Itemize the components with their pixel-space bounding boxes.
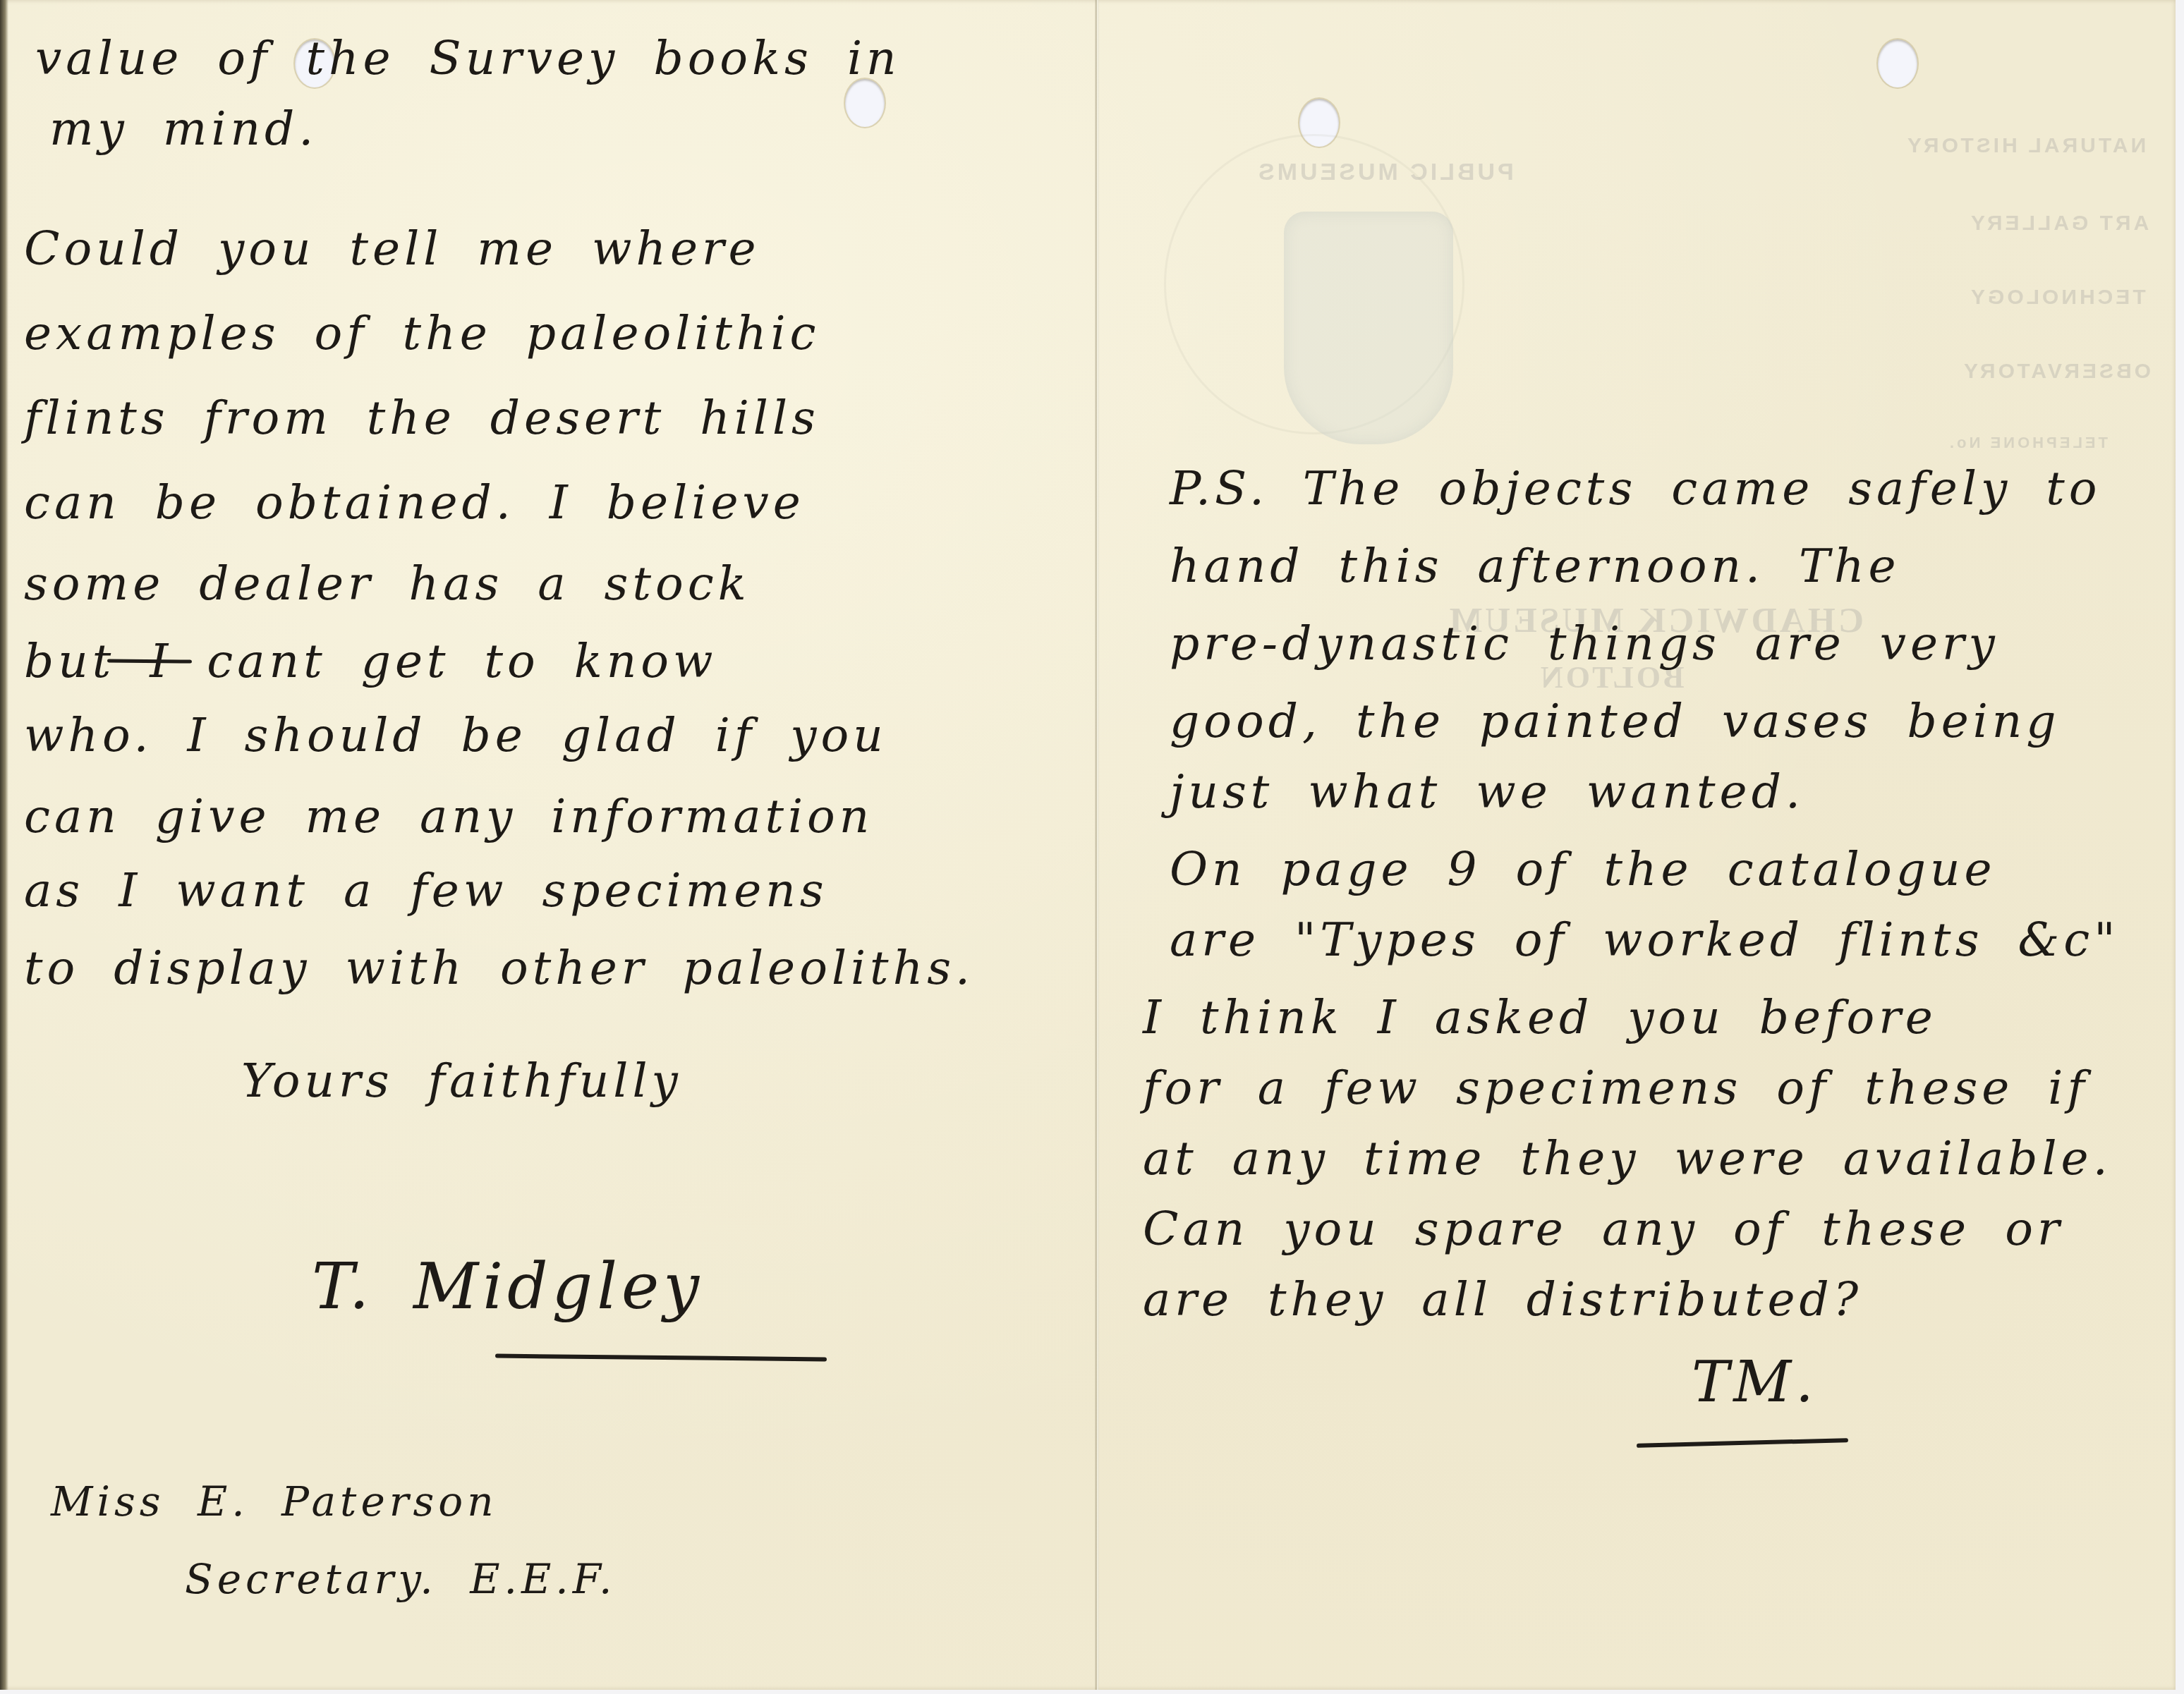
- letter-line: can be obtained. I believe: [24, 480, 805, 526]
- postscript-line: at any time they were available.: [1143, 1135, 2112, 1182]
- initials-signature: TM.: [1692, 1354, 1818, 1410]
- postscript-line: pre-dynastic things are very: [1170, 621, 1999, 667]
- signature-underline: [495, 1354, 827, 1362]
- postscript-line: P.S. The objects came safely to: [1170, 465, 2101, 512]
- postscript-line: On page 9 of the catalogue: [1170, 846, 1996, 893]
- postscript-line: hand this afternoon. The: [1170, 543, 1900, 590]
- postscript-line: I think I asked you before: [1143, 994, 1937, 1041]
- scan-edge-shadow: [0, 0, 8, 1690]
- postscript-line: are they all distributed?: [1143, 1276, 1862, 1323]
- left-page: value of the Survey books in my mind. Co…: [8, 0, 1095, 1690]
- right-page: P.S. The objects came safely to hand thi…: [1099, 0, 2176, 1690]
- letter-line: who. I should be glad if you: [24, 712, 887, 759]
- postscript-line: Can you spare any of these or: [1143, 1206, 2063, 1253]
- postscript-line: are "Types of worked flints &c": [1170, 917, 2120, 963]
- letter-line: some dealer has a stock: [24, 561, 751, 607]
- addressee-title: Secretary. E.E.F.: [185, 1559, 616, 1599]
- letter-line: as I want a few specimens: [24, 867, 828, 914]
- letter-line: Could you tell me where: [24, 226, 760, 272]
- postscript-line: good, the painted vases being: [1170, 698, 2061, 745]
- letter-sheet: PUBLIC MUSEUMS NATURAL HISTORY ART GALLE…: [0, 0, 2176, 1690]
- letter-line: flints from the desert hills: [24, 395, 820, 441]
- postscript-line: just what we wanted.: [1170, 769, 1804, 815]
- letter-line: can give me any information: [24, 793, 873, 840]
- closing-salutation: Yours faithfully: [241, 1058, 682, 1104]
- signature: T. Midgley: [312, 1255, 703, 1319]
- addressee-name: Miss E. Paterson: [51, 1481, 498, 1522]
- letter-line: examples of the paleolithic: [24, 310, 820, 357]
- letter-line: to display with other paleoliths.: [24, 945, 974, 992]
- initials-underline: [1637, 1438, 1848, 1448]
- letter-line: my mind.: [49, 106, 317, 152]
- postscript-line: for a few specimens of these if: [1143, 1065, 2089, 1111]
- letter-line: value of the Survey books in: [35, 35, 901, 82]
